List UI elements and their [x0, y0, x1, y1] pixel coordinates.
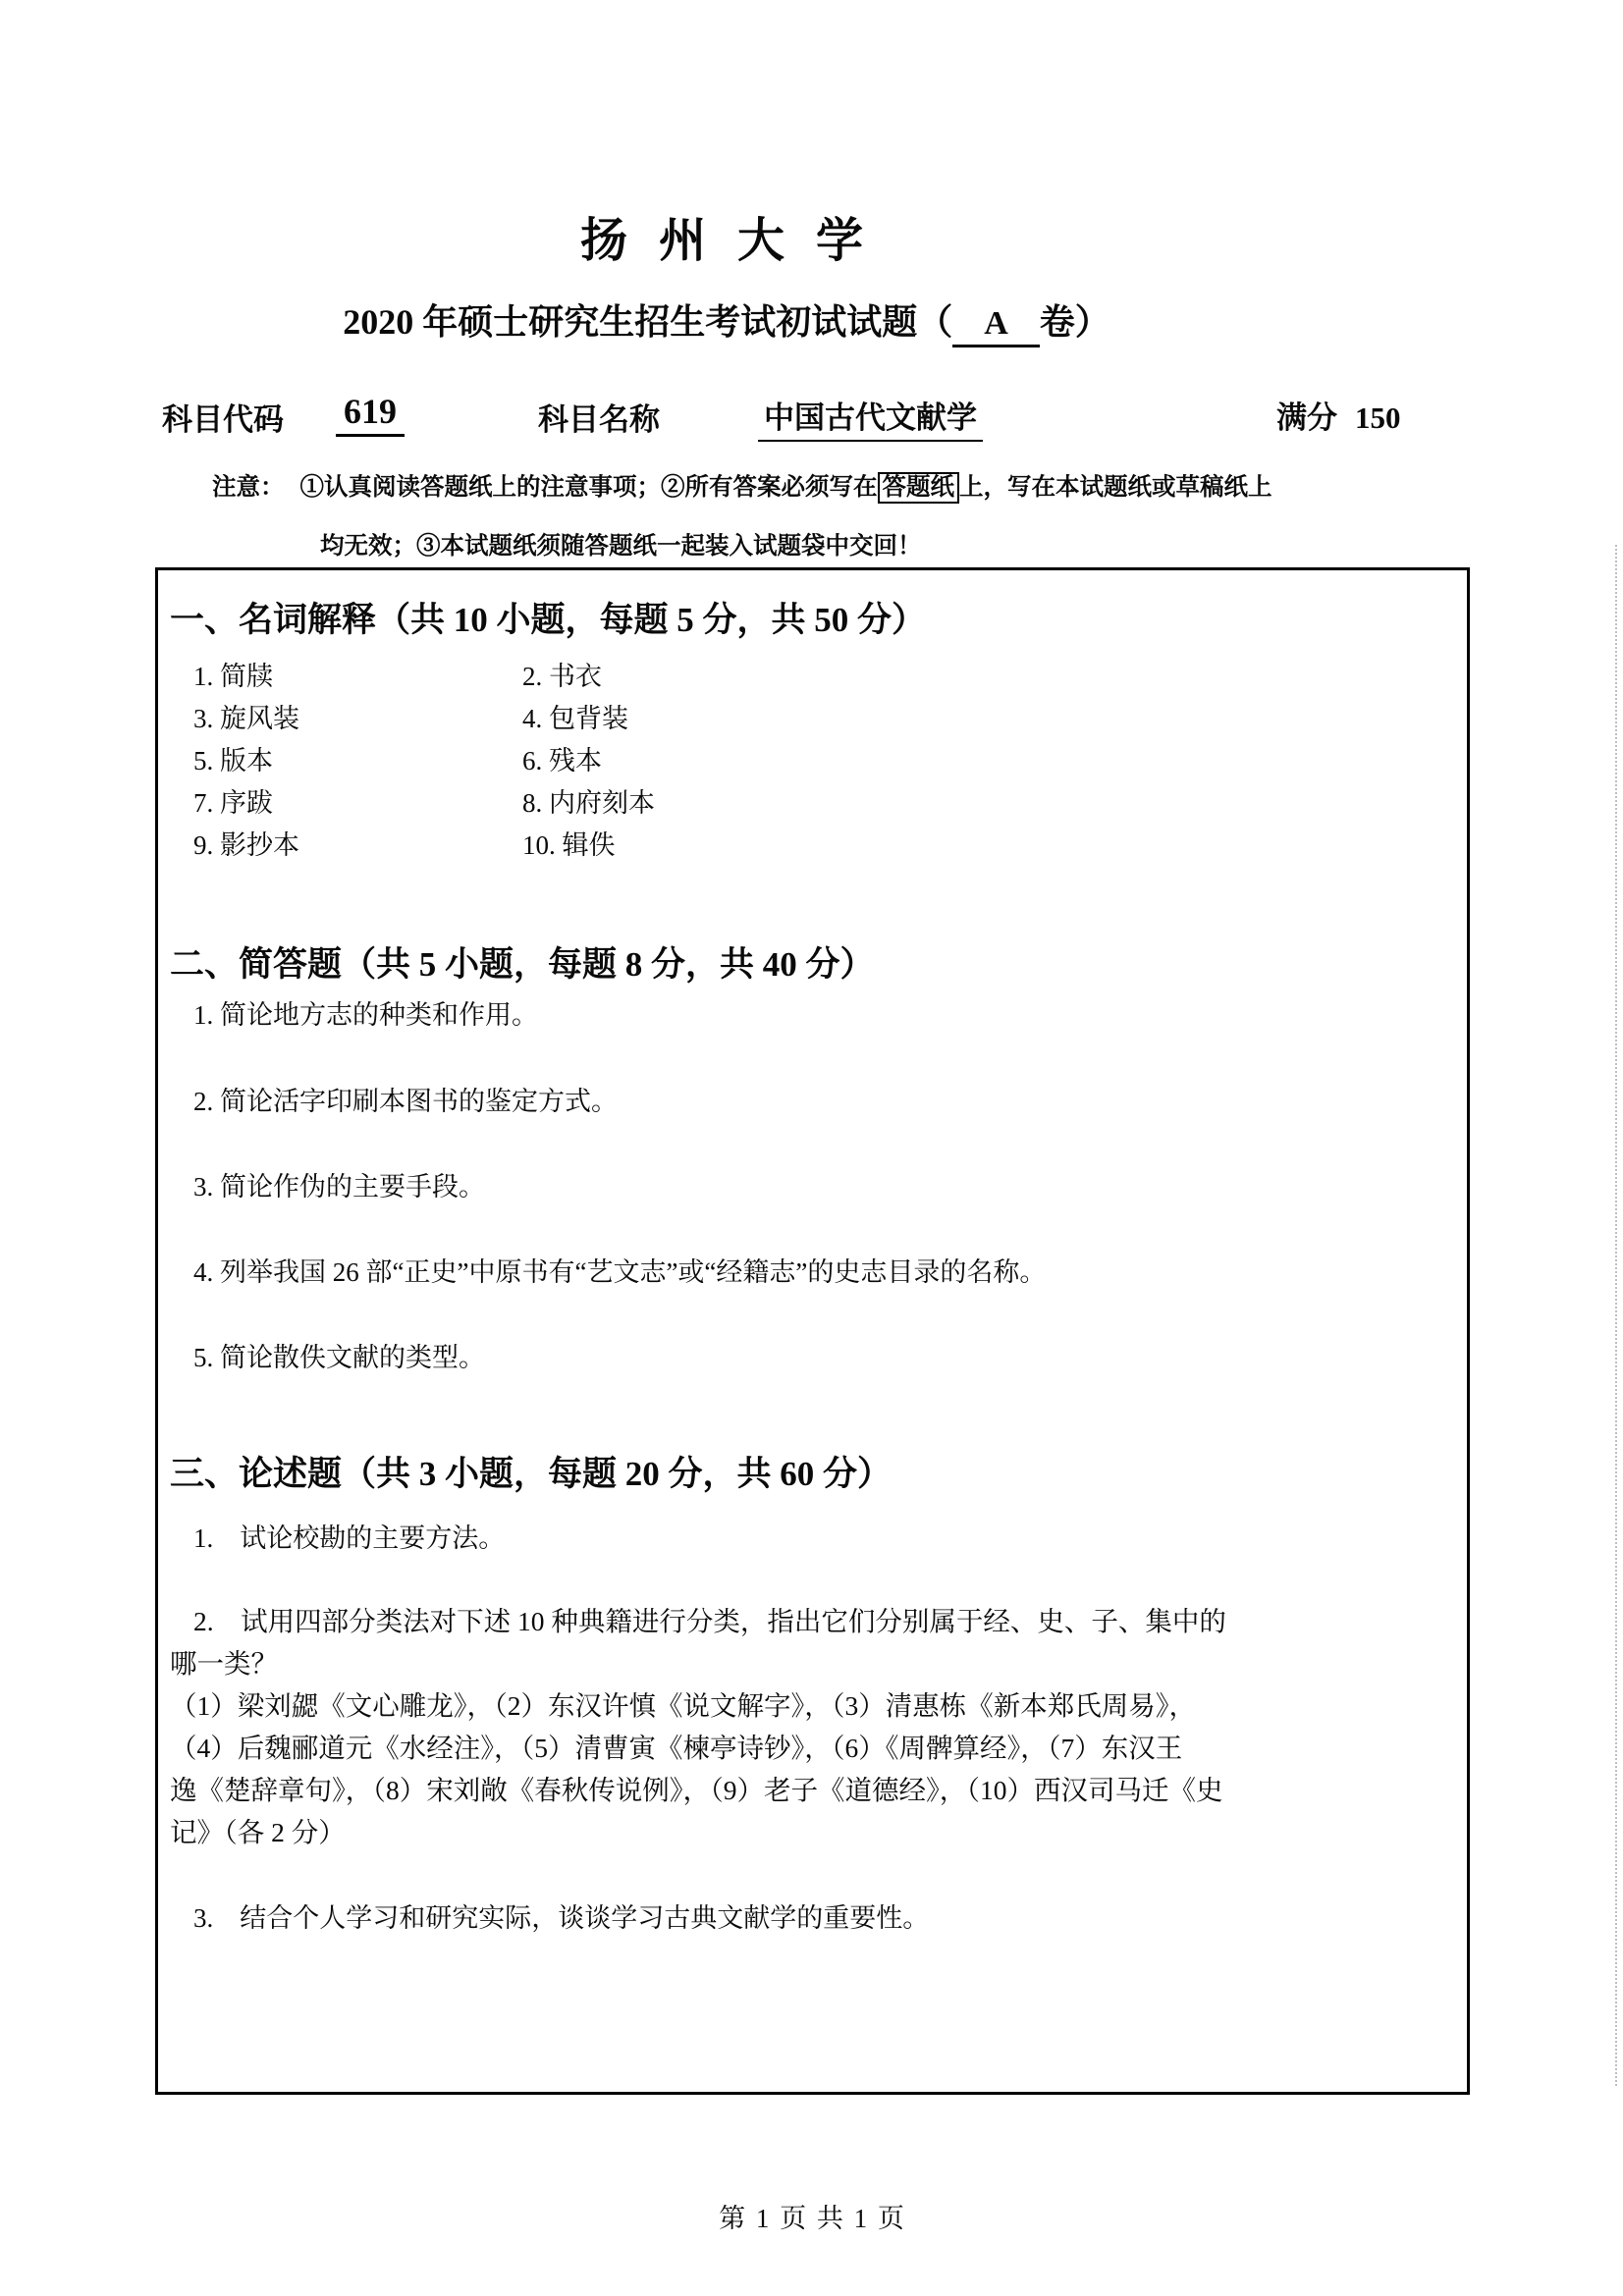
subject-code-value: 619: [336, 391, 405, 437]
essay-question-2-line: 记》（各 2 分）: [170, 1811, 1453, 1853]
essay-question-2-line: 逸《楚辞章句》，（8）宋刘敞《春秋传说例》，（9）老子《道德经》，（10）西汉司…: [170, 1769, 1453, 1811]
exam-notice: 注意：①认真阅读答题纸上的注意事项；②所有答案必须写在答题纸上，写在本试题纸或草…: [212, 472, 1498, 562]
subject-name-value: 中国古代文献学: [758, 393, 983, 442]
essay-question-2-line: 哪一类？: [170, 1642, 1453, 1684]
term-item-5: 5. 版本: [193, 748, 522, 774]
answer-sheet-boxed-term: 答题纸: [878, 472, 960, 504]
full-score: 满分150: [1276, 393, 1401, 437]
term-item-3: 3. 旋风装: [193, 706, 522, 732]
short-answer-question-3: 3. 简论作伪的主要手段。: [193, 1170, 1453, 1203]
subtitle-prefix: 2020 年硕士研究生招生考试初试试题（: [343, 302, 952, 342]
exam-subtitle: 2020 年硕士研究生招生考试初试试题（A卷）: [147, 294, 1306, 347]
full-score-value: 150: [1355, 400, 1401, 435]
essay-question-2-line: 2. 试用四部分类法对下述 10 种典籍进行分类，指出它们分别属于经、史、子、集…: [170, 1600, 1453, 1642]
term-item-9: 9. 影抄本: [193, 832, 522, 859]
page-number-footer: 第 1 页 共 1 页: [155, 2197, 1470, 2235]
essay-question-2: 2. 试用四部分类法对下述 10 种典籍进行分类，指出它们分别属于经、史、子、集…: [170, 1600, 1453, 1853]
essay-question-1: 1. 试论校勘的主要方法。: [193, 1522, 1453, 1555]
notice-text-after-box: 上，写在本试题纸或草稿纸上: [959, 474, 1272, 501]
notice-line-1: 注意：①认真阅读答题纸上的注意事项；②所有答案必须写在答题纸上，写在本试题纸或草…: [212, 472, 1498, 504]
term-list: 1. 简牍 2. 书衣 3. 旋风装 4. 包背装 5. 版本 6. 残本 7.…: [193, 664, 1453, 859]
term-item-2: 2. 书衣: [522, 664, 1453, 690]
subject-name-label: 科目名称: [538, 395, 660, 439]
term-item-8: 8. 内府刻本: [522, 790, 1453, 817]
term-item-6: 6. 残本: [522, 748, 1453, 774]
question-box: 一、名词解释（共 10 小题，每题 5 分，共 50 分） 1. 简牍 2. 书…: [155, 567, 1470, 2095]
short-answer-question-5: 5. 简论散佚文献的类型。: [193, 1341, 1453, 1374]
university-title: 扬 州 大 学: [147, 202, 1306, 270]
essay-question-3: 3. 结合个人学习和研究实际，谈谈学习古典文献学的重要性。: [193, 1901, 1453, 1935]
subtitle-suffix: 卷）: [1040, 302, 1110, 342]
section-1-heading: 一、名词解释（共 10 小题，每题 5 分，共 50 分）: [170, 599, 1453, 642]
short-answer-question-4: 4. 列举我国 26 部“正史”中原书有“艺文志”或“经籍志”的史志目录的名称。: [193, 1255, 1453, 1289]
exam-paper-page: 扬 州 大 学 2020 年硕士研究生招生考试初试试题（A卷） 科目代码 619…: [0, 0, 1623, 2296]
scan-edge-artifact: [1615, 545, 1617, 2086]
section-2-heading: 二、简答题（共 5 小题，每题 8 分，共 40 分）: [170, 943, 1453, 987]
term-item-10: 10. 辑佚: [522, 832, 1453, 859]
subject-info-row: 科目代码 619 科目名称 中国古代文献学 满分150: [0, 391, 1623, 438]
term-item-7: 7. 序跋: [193, 790, 522, 817]
term-item-1: 1. 简牍: [193, 664, 522, 690]
short-answer-question-2: 2. 简论活字印刷本图书的鉴定方式。: [193, 1085, 1453, 1118]
full-score-label: 满分: [1276, 400, 1337, 435]
notice-line-2: 均无效；③本试题纸须随答题纸一起装入试题袋中交回！: [212, 531, 1498, 562]
paper-letter: A: [952, 305, 1040, 347]
section-3-heading: 三、论述题（共 3 小题，每题 20 分，共 60 分）: [170, 1453, 1453, 1496]
subject-code-label: 科目代码: [162, 395, 284, 439]
term-item-4: 4. 包背装: [522, 706, 1453, 732]
notice-text-before-box: ①认真阅读答题纸上的注意事项；②所有答案必须写在: [300, 474, 878, 501]
essay-question-2-line: （4）后魏郦道元《水经注》，（5）清曹寅《楝亭诗钞》，（6）《周髀算经》，（7）…: [170, 1727, 1453, 1769]
notice-label: 注意：: [212, 474, 285, 501]
essay-question-2-line: （1）梁刘勰《文心雕龙》，（2）东汉许慎《说文解字》，（3）清惠栋《新本郑氏周易…: [170, 1684, 1453, 1727]
short-answer-question-1: 1. 简论地方志的种类和作用。: [193, 998, 1453, 1032]
